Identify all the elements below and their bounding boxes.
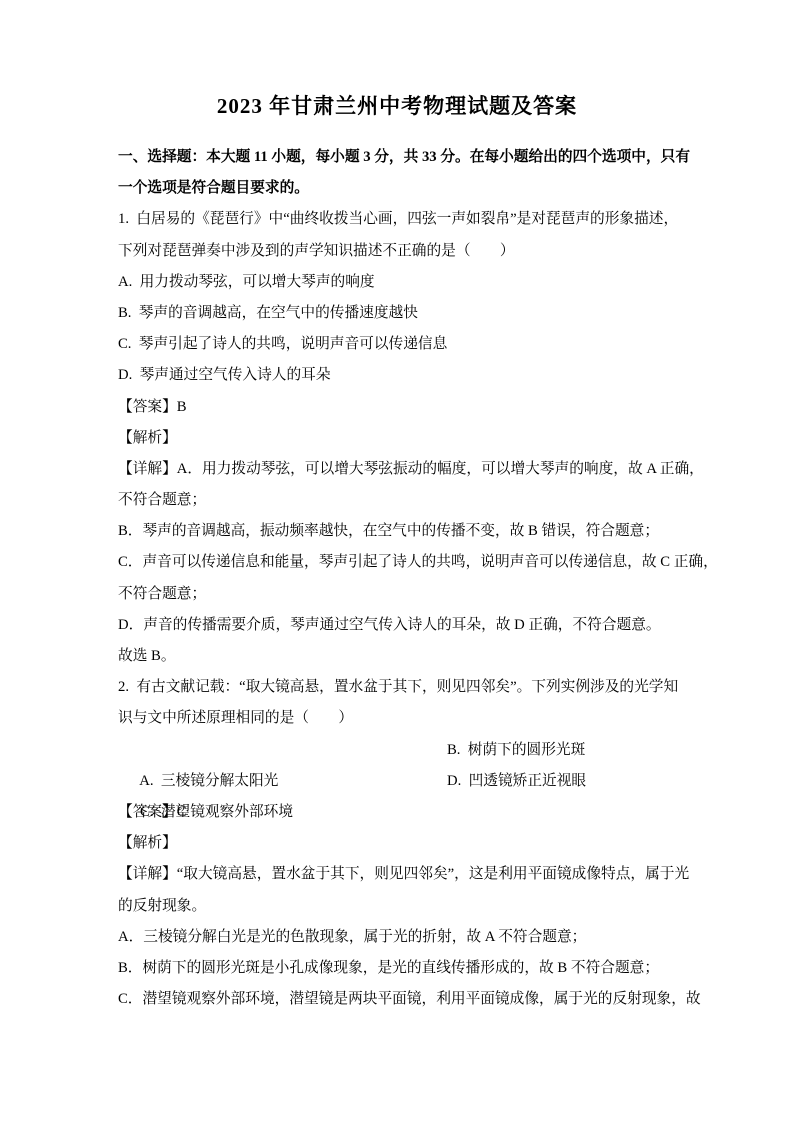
- q2-analysis-label: 【解析】: [118, 828, 678, 859]
- q2-detail-line1: 【详解】“取大镜高悬，置水盆于其下，则见四邻矣”，这是利用平面镜成像特点，属于光: [118, 859, 678, 890]
- q2-detail-line3: A．三棱镜分解白光是光的色散现象，属于光的折射，故 A 不符合题意；: [118, 922, 678, 953]
- q1-detail-line2: 不符合题意；: [118, 485, 678, 516]
- q1-option-a: A. 用力拨动琴弦，可以增大琴声的响度: [118, 267, 678, 298]
- exam-document-page: 2023 年甘肃兰州中考物理试题及答案 一、选择题：本大题 11 小题，每小题 …: [0, 0, 794, 1123]
- q1-detail-line3: B．琴声的音调越高，振动频率越快，在空气中的传播不变，故 B 错误，符合题意；: [118, 516, 678, 547]
- document-body: 一、选择题：本大题 11 小题，每小题 3 分，共 33 分。在每小题给出的四个…: [118, 142, 678, 1015]
- section-heading-line1: 一、选择题：本大题 11 小题，每小题 3 分，共 33 分。在每小题给出的四个…: [118, 142, 678, 173]
- q1-conclusion: 故选 B。: [118, 641, 678, 672]
- q2-option-d: D. 凹透镜矫正近视眼: [447, 766, 586, 797]
- q1-option-c: C. 琴声引起了诗人的共鸣，说明声音可以传递信息: [118, 329, 678, 360]
- q2-answer: 【答案】C: [118, 797, 678, 828]
- q1-detail-line6: D．声音的传播需要介质，琴声通过空气传入诗人的耳朵，故 D 正确，不符合题意。: [118, 610, 678, 641]
- q1-stem-line1: 1. 白居易的《琵琶行》中“曲终收拨当心画，四弦一声如裂帛”是对琵琶声的形象描述…: [118, 204, 678, 235]
- q1-detail-line4: C．声音可以传递信息和能量，琴声引起了诗人的共鸣，说明声音可以传递信息，故 C …: [118, 547, 678, 578]
- q1-answer: 【答案】B: [118, 392, 678, 423]
- section-heading-line2: 一个选项是符合题目要求的。: [118, 173, 678, 204]
- q1-detail-line1: 【详解】A．用力拨动琴弦，可以增大琴弦振动的幅度，可以增大琴声的响度，故 A 正…: [118, 454, 678, 485]
- q2-detail-line2: 的反射现象。: [118, 891, 678, 922]
- q2-option-b: B. 树荫下的圆形光斑: [447, 735, 585, 766]
- page-title: 2023 年甘肃兰州中考物理试题及答案: [0, 92, 794, 120]
- q1-analysis-label: 【解析】: [118, 423, 678, 454]
- q2-options-row-ab: A. 三棱镜分解太阳光 B. 树荫下的圆形光斑: [118, 735, 678, 766]
- q1-detail-line5: 不符合题意；: [118, 579, 678, 610]
- q2-stem-line1: 2. 有古文献记载：“取大镜高悬，置水盆于其下，则见四邻矣”。下列实例涉及的光学…: [118, 672, 678, 703]
- q1-stem-line2: 下列对琵琶弹奏中涉及到的声学知识描述不正确的是（ ）: [118, 236, 678, 267]
- q2-stem-line2: 识与文中所述原理相同的是（ ）: [118, 703, 678, 734]
- q2-detail-line5: C．潜望镜观察外部环境，潜望镜是两块平面镜，利用平面镜成像，属于光的反射现象，故: [118, 984, 678, 1015]
- q2-options-row-cd: C. 潜望镜观察外部环境 D. 凹透镜矫正近视眼: [118, 766, 678, 797]
- q1-option-d: D. 琴声通过空气传入诗人的耳朵: [118, 360, 678, 391]
- q1-option-b: B. 琴声的音调越高，在空气中的传播速度越快: [118, 298, 678, 329]
- q2-detail-line4: B．树荫下的圆形光斑是小孔成像现象，是光的直线传播形成的，故 B 不符合题意；: [118, 953, 678, 984]
